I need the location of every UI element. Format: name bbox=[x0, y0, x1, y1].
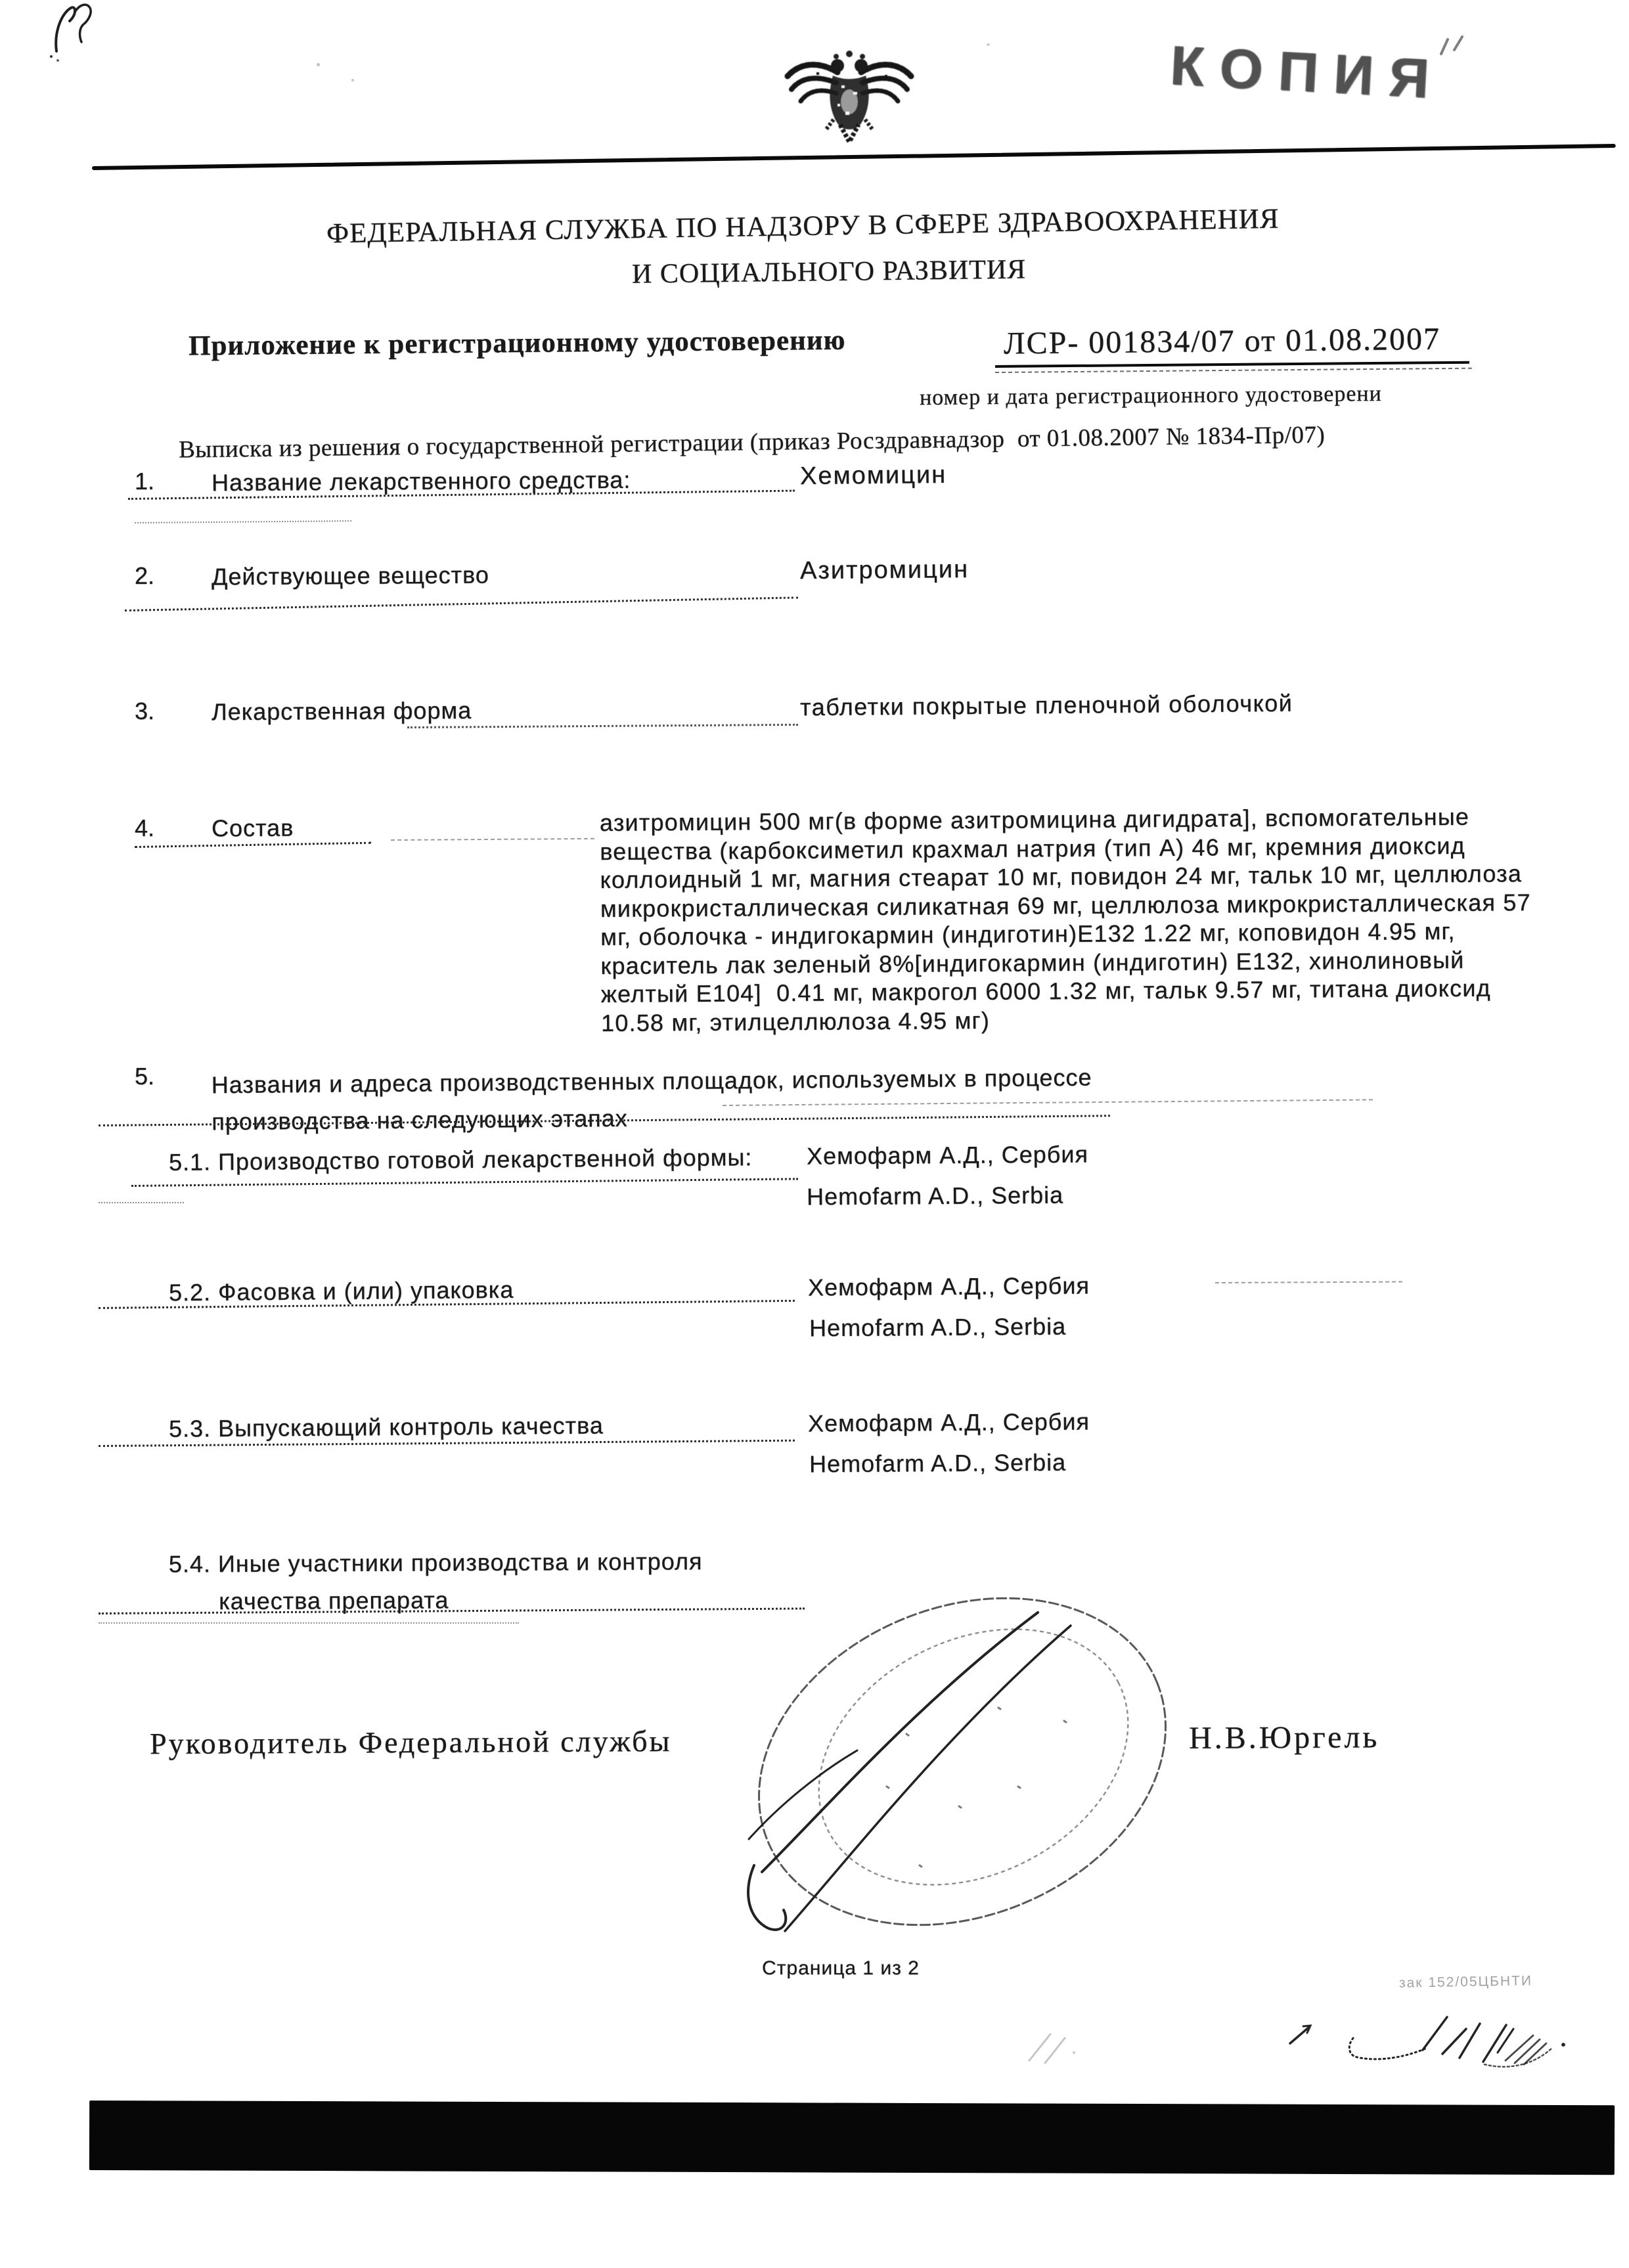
document-page: КОПИЯ ФЕДЕРАЛЬНАЯ СЛУЖБА ПО НАДЗОРУ В СФ… bbox=[0, 0, 1629, 2268]
item-2-label: Действующее вещество bbox=[212, 562, 489, 591]
item-2-value: Азитромицин bbox=[800, 556, 969, 585]
print-shop-note: зак 152/05ЦБНТИ bbox=[1399, 1973, 1532, 1991]
site-5-4-label: Иные участники производства и контроля к… bbox=[218, 1547, 703, 1614]
site-5-2-label: Фасовка и (или) упаковка bbox=[218, 1276, 514, 1306]
site-5-2-row: 5.2. Фасовка и (или) упаковка bbox=[169, 1276, 514, 1307]
faint-pen-marks bbox=[1021, 2020, 1120, 2072]
header-divider-line bbox=[92, 144, 1616, 170]
site-5-4-dotted-fragment bbox=[99, 1622, 519, 1624]
item-3-value: таблетки покрытые пленочной оболочкой bbox=[800, 690, 1293, 722]
registration-number-underline bbox=[995, 361, 1469, 368]
item-3-dotted-line bbox=[407, 724, 798, 728]
coat-of-arms-icon bbox=[777, 46, 922, 145]
site-5-4-number: 5.4. bbox=[169, 1550, 211, 1577]
site-5-1-dotted-line bbox=[131, 1178, 798, 1187]
item-5-label: Названия и адреса производственных площа… bbox=[212, 1059, 1145, 1140]
item-1-value: Хемомицин bbox=[800, 461, 947, 491]
item-1-number: 1. bbox=[135, 468, 154, 495]
site-5-1-label: Производство готовой лекарственной формы… bbox=[218, 1144, 753, 1175]
signatory-name: Н.В.Юргель bbox=[1189, 1719, 1380, 1756]
site-5-1-value-en: Hemofarm A.D., Serbia bbox=[807, 1182, 1063, 1211]
site-5-1-row: 5.1. Производство готовой лекарственной … bbox=[169, 1144, 753, 1176]
item-4-number: 4. bbox=[135, 814, 154, 842]
handwritten-initials bbox=[1274, 2007, 1583, 2079]
site-5-2-number: 5.2. bbox=[169, 1279, 211, 1306]
signature-scribble bbox=[723, 1590, 1222, 1957]
stamp-tick-mark bbox=[1432, 32, 1471, 64]
item-3-label: Лекарственная форма bbox=[212, 697, 472, 726]
signatory-title: Руководитель Федеральной службы bbox=[150, 1723, 672, 1761]
site-5-3-number: 5.3. bbox=[169, 1415, 211, 1442]
site-5-3-value-ru: Хемофарм А.Д., Сербия bbox=[808, 1408, 1090, 1438]
registration-number-caption: номер и дата регистрационного удостовере… bbox=[920, 382, 1382, 411]
site-5-2-value-en: Hemofarm A.D., Serbia bbox=[809, 1313, 1066, 1343]
site-5-3-value-en: Hemofarm A.D., Serbia bbox=[809, 1449, 1066, 1479]
agency-name-line1: ФЕДЕРАЛЬНАЯ СЛУЖБА ПО НАДЗОРУ В СФЕРЕ ЗД… bbox=[326, 203, 1280, 250]
item-5-number: 5. bbox=[135, 1063, 154, 1090]
site-5-3-row: 5.3. Выпускающий контроль качества bbox=[169, 1412, 604, 1442]
redaction-bar bbox=[89, 2101, 1615, 2175]
site-5-1-value-ru: Хемофарм А.Д., Сербия bbox=[807, 1141, 1088, 1170]
appendix-title: Приложение к регистрационному удостовере… bbox=[189, 324, 846, 363]
item-2-number: 2. bbox=[135, 562, 154, 590]
agency-name-line2: И СОЦИАЛЬНОГО РАЗВИТИЯ bbox=[632, 254, 1027, 290]
item-4-value-composition: азитромицин 500 мг(в форме азитромицина … bbox=[600, 802, 1540, 1037]
item-3-number: 3. bbox=[135, 698, 154, 725]
site-5-1-number: 5.1. bbox=[169, 1148, 211, 1176]
item-2-dotted-line bbox=[125, 596, 798, 611]
extract-line: Выписка из решения о государственной рег… bbox=[179, 421, 1326, 464]
item-4-dotted-line bbox=[135, 842, 371, 848]
item-4-dash-fragment bbox=[391, 838, 594, 841]
item-1-dotted-fragment bbox=[135, 520, 351, 523]
item-4-label: Состав bbox=[212, 814, 294, 843]
site-5-3-label: Выпускающий контроль качества bbox=[218, 1412, 604, 1442]
site-5-2-value-ru: Хемофарм А.Д., Сербия bbox=[808, 1272, 1090, 1302]
registration-number-underline-2 bbox=[995, 368, 1472, 373]
site-5-1-dotted-fragment bbox=[99, 1202, 184, 1203]
handwritten-mark-top-left bbox=[38, 1, 117, 67]
copy-stamp: КОПИЯ bbox=[1169, 33, 1446, 112]
page-number-label: Страница 1 из 2 bbox=[762, 1957, 920, 1980]
registration-number: ЛСР- 001834/07 от 01.08.2007 bbox=[1004, 321, 1440, 362]
site-5-2-dash-fragment bbox=[1215, 1281, 1402, 1283]
